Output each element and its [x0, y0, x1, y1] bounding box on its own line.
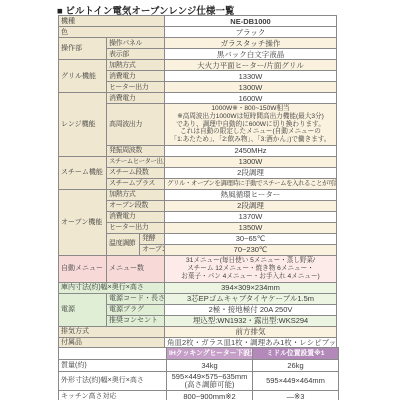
- spec-value: グリル・オーブンを調理時に手動でスチームを入れることが可能: [165, 178, 337, 189]
- spec-label: 加熱方式: [107, 189, 165, 200]
- spec-value: 埋込型:WN1932・露出型:WKS294: [165, 315, 337, 326]
- spec-value: ガラスタッチ操作: [165, 38, 337, 49]
- spec-label: 消費電力: [107, 71, 165, 82]
- spec-value: 2段調理: [165, 167, 337, 178]
- install-label: キッチン高さ対応: [59, 390, 167, 400]
- spec-label: 色: [59, 27, 165, 38]
- installation-table: IHクッキングヒーター下設置 ミドル位置設置※1 質量(約) 34kg 26kg…: [58, 347, 339, 400]
- color-value: ブラック: [165, 27, 337, 38]
- install-value: 26kg: [253, 360, 339, 372]
- spec-value: 1600W: [165, 93, 337, 104]
- group-label: 自動メニュー: [59, 255, 107, 282]
- install-value: 34kg: [167, 360, 253, 372]
- spec-value: 熱風循環ヒーター: [165, 189, 337, 200]
- row-ops-panel: 操作部操作パネルガラスタッチ操作: [59, 38, 337, 49]
- spec-label: 庫内寸法(約)幅×奥行×高さ: [59, 282, 165, 293]
- install-header-row: IHクッキングヒーター下設置 ミドル位置設置※1: [59, 348, 339, 360]
- spec-value: 1370W: [165, 211, 337, 222]
- install-value: 800~900mm※2: [167, 390, 253, 400]
- install-label: 質量(約): [59, 360, 167, 372]
- spec-label: 操作パネル: [107, 38, 165, 49]
- spec-label: オーブン段数: [107, 200, 165, 211]
- group-label: スチーム機能: [59, 156, 107, 189]
- spec-label: ヒーター出力: [107, 82, 165, 93]
- install-header-blank: [59, 348, 167, 360]
- spec-value: 黒バック白文字液晶: [165, 49, 337, 60]
- spec-value: 1300W: [165, 82, 337, 93]
- group-label: 電源: [59, 293, 107, 326]
- group-label: グリル機能: [59, 60, 107, 93]
- spec-label: スチームプラス: [107, 178, 165, 189]
- spec-value: 394×309×234mm: [165, 282, 337, 293]
- spec-value: 2極・接地極付 20A 250V: [165, 304, 337, 315]
- group-label: オーブン機能: [59, 189, 107, 255]
- spec-value: 前方排気: [165, 326, 337, 337]
- model-value: NE-DB1000: [165, 16, 337, 27]
- install-header-mid: ミドル位置設置※1: [253, 348, 339, 360]
- group-label: 操作部: [59, 38, 107, 60]
- spec-label: 表示部: [107, 49, 165, 60]
- install-value: 595×449×464mm: [253, 372, 339, 391]
- install-header-ih: IHクッキングヒーター下設置: [167, 348, 253, 360]
- install-row-weight: 質量(約) 34kg 26kg: [59, 360, 339, 372]
- spec-value: 31メニュー(毎日使い 5メニュー・蒸し野菜/ スチーム 12メニュー・焼き物 …: [165, 255, 337, 282]
- row-auto-menu: 自動メニューメニュー数 31メニュー(毎日使い 5メニュー・蒸し野菜/ スチーム…: [59, 255, 337, 282]
- spec-label: 温度調節: [107, 233, 140, 255]
- row-grill-heat: グリル機能加熱方式大火力平面ヒーター/片面グリル: [59, 60, 337, 71]
- row-oven-heat: オーブン機能加熱方式熱風循環ヒーター: [59, 189, 337, 200]
- spec-label: 電源コード・長さ: [107, 293, 165, 304]
- spec-value: 30~65℃: [165, 233, 337, 244]
- install-value: 595×449×575~635mm (高さ調節可能): [167, 372, 253, 391]
- spec-label: 消費電力: [107, 211, 165, 222]
- spec-label: 推奨コンセント: [107, 315, 165, 326]
- spec-value: 70~230℃: [165, 244, 337, 255]
- spec-value: 3芯EPゴムキャブタイヤケーブル1.5m: [165, 293, 337, 304]
- spec-value: 2段調理: [165, 200, 337, 211]
- spec-label: メニュー数: [107, 255, 165, 282]
- spec-label: 発振周波数: [107, 145, 165, 156]
- spec-value: 2450MHz: [165, 145, 337, 156]
- spec-value: 1000W※・800~150W相当 ※高周波出力1000Wは短時間高出力機能(最…: [165, 104, 337, 146]
- spec-value: 1330W: [165, 71, 337, 82]
- spec-label: 電源プラグ: [107, 304, 165, 315]
- row-exhaust: 排気方式前方排気: [59, 326, 337, 337]
- spec-sublabel: オーブン: [140, 244, 165, 255]
- spec-label: ヒーター出力: [107, 222, 165, 233]
- spec-label: 消費電力: [107, 93, 165, 104]
- spec-table: 機種NE-DB1000 色ブラック 操作部操作パネルガラスタッチ操作 表示部黒バ…: [58, 15, 337, 349]
- spec-label: 機種: [59, 16, 165, 27]
- row-interior: 庫内寸法(約)幅×奥行×高さ394×309×234mm: [59, 282, 337, 293]
- spec-label: スチームヒーター出力: [107, 156, 165, 167]
- spec-label: 高周波出力: [107, 104, 165, 146]
- row-steam-heater: スチーム機能スチームヒーター出力1300W: [59, 156, 337, 167]
- spec-value: 1350W: [165, 222, 337, 233]
- install-row-dims: 外形寸法(約)幅×奥行×高さ 595×449×575~635mm (高さ調節可能…: [59, 372, 339, 391]
- row-model: 機種NE-DB1000: [59, 16, 337, 27]
- spec-label: スチーム段数: [107, 167, 165, 178]
- spec-label: 排気方式: [59, 326, 165, 337]
- spec-sublabel: 発酵: [140, 233, 165, 244]
- install-value: —※3: [253, 390, 339, 400]
- spec-value: 1300W: [165, 156, 337, 167]
- install-label: 外形寸法(約)幅×奥行×高さ: [59, 372, 167, 391]
- row-range-power: レンジ機能消費電力1600W: [59, 93, 337, 104]
- row-cord: 電源電源コード・長さ3芯EPゴムキャブタイヤケーブル1.5m: [59, 293, 337, 304]
- spec-label: 加熱方式: [107, 60, 165, 71]
- group-label: レンジ機能: [59, 93, 107, 157]
- spec-sheet-page: ■ ビルトイン電気オーブンレンジ仕様一覧 機種NE-DB1000 色ブラック 操…: [0, 0, 400, 400]
- spec-value: 大火力平面ヒーター/片面グリル: [165, 60, 337, 71]
- row-color: 色ブラック: [59, 27, 337, 38]
- install-row-kitchen: キッチン高さ対応 800~900mm※2 —※3: [59, 390, 339, 400]
